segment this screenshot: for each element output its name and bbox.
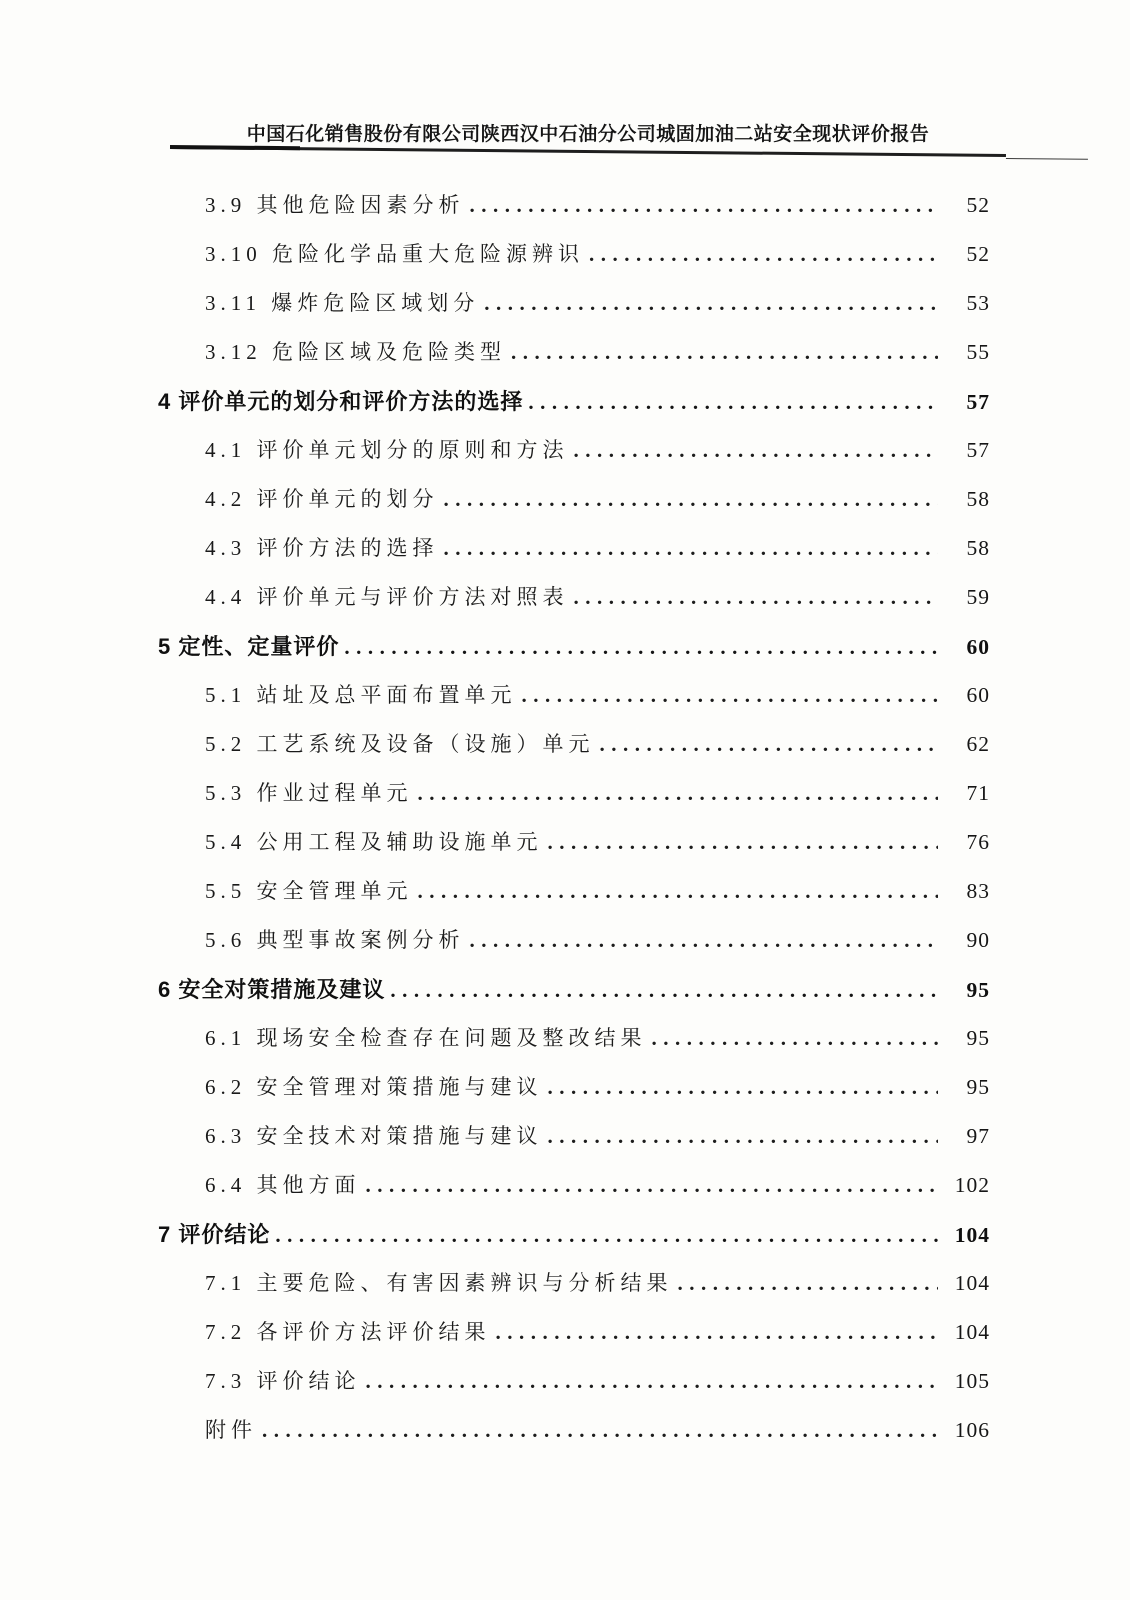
toc-entry: 3.12 危险区域及危险类型 55	[158, 328, 990, 377]
toc-page-number: 104	[946, 1259, 990, 1308]
toc-page-number: 104	[946, 1211, 990, 1259]
toc-dot-leader	[574, 426, 939, 475]
header-rule	[170, 146, 1006, 157]
toc-dot-leader	[418, 769, 939, 818]
toc-page-number: 60	[946, 623, 990, 671]
toc-page-number: 76	[946, 818, 990, 867]
toc-dot-leader	[548, 1112, 939, 1161]
toc-entry-label: 4.2 评价单元的划分	[205, 475, 439, 524]
toc-page-number: 58	[946, 524, 990, 573]
toc-entry-label: 5.2 工艺系统及设备（设施）单元	[205, 720, 595, 769]
toc-entry: 7.1 主要危险、有害因素辨识与分析结果 104	[158, 1259, 990, 1308]
toc-page-number: 95	[946, 1014, 990, 1063]
toc-entry-label: 6.3 安全技术对策措施与建议	[205, 1112, 543, 1161]
toc-dot-leader	[511, 328, 938, 377]
toc-entry-label: 7 评价结论	[158, 1210, 270, 1259]
toc-entry: 5.5 安全管理单元 83	[158, 867, 990, 916]
toc-entry: 4.3 评价方法的选择 58	[158, 524, 990, 573]
toc-entry: 7.3 评价结论 105	[158, 1357, 990, 1406]
toc-page-number: 90	[946, 916, 990, 965]
toc-page-number: 105	[946, 1357, 990, 1406]
toc-dot-leader	[470, 916, 939, 965]
toc-entry-label: 4.4 评价单元与评价方法对照表	[205, 573, 569, 622]
toc-entry: 6 安全对策措施及建议 95	[158, 965, 990, 1014]
toc-page-number: 53	[946, 279, 990, 328]
toc-dot-leader	[528, 378, 938, 426]
toc-page-number: 57	[946, 426, 990, 475]
toc-entry-label: 5.1 站址及总平面布置单元	[205, 671, 517, 720]
toc-entry: 5.3 作业过程单元 71	[158, 769, 990, 818]
toc-page-number: 71	[946, 769, 990, 818]
toc-entry: 5.4 公用工程及辅助设施单元 76	[158, 818, 990, 867]
toc-entry-label: 附件	[205, 1406, 257, 1455]
toc-dot-leader	[444, 475, 939, 524]
toc-entry: 4.1 评价单元划分的原则和方法 57	[158, 426, 990, 475]
toc-dot-leader	[600, 720, 939, 769]
toc-dot-leader	[652, 1014, 939, 1063]
toc-page-number: 60	[946, 671, 990, 720]
toc-entry: 6.3 安全技术对策措施与建议 97	[158, 1112, 990, 1161]
report-title: 中国石化销售股份有限公司陕西汉中石油分公司城固加油二站安全现状评价报告	[170, 119, 1006, 146]
toc-entry: 4.4 评价单元与评价方法对照表 59	[158, 573, 990, 622]
toc-page-number: 95	[946, 966, 990, 1014]
toc-entry-label: 3.11 爆炸危险区域划分	[205, 279, 479, 328]
toc-dot-leader	[522, 671, 939, 720]
toc-entry: 7.2 各评价方法评价结果 104	[158, 1308, 990, 1357]
toc-entry-label: 5.6 典型事故案例分析	[205, 916, 465, 965]
table-of-contents: 3.9 其他危险因素分析 52 3.10 危险化学品重大危险源辨识 52 3.1…	[158, 181, 990, 1455]
toc-page-number: 52	[946, 230, 990, 279]
toc-page-number: 62	[946, 720, 990, 769]
toc-dot-leader	[366, 1161, 939, 1210]
toc-entry-label: 3.12 危险区域及危险类型	[205, 328, 506, 377]
toc-entry-label: 5 定性、定量评价	[158, 622, 339, 671]
toc-entry: 5.2 工艺系统及设备（设施）单元 62	[158, 720, 990, 769]
toc-entry-label: 6.1 现场安全检查存在问题及整改结果	[205, 1014, 647, 1063]
toc-entry: 5.6 典型事故案例分析 90	[158, 916, 990, 965]
toc-page-number: 104	[946, 1308, 990, 1357]
toc-entry: 6.1 现场安全检查存在问题及整改结果 95	[158, 1014, 990, 1063]
toc-entry-label: 7.3 评价结论	[205, 1357, 361, 1406]
toc-page-number: 97	[946, 1112, 990, 1161]
toc-entry-label: 5.5 安全管理单元	[205, 867, 413, 916]
toc-entry: 4.2 评价单元的划分 58	[158, 475, 990, 524]
toc-entry-label: 4.1 评价单元划分的原则和方法	[205, 426, 569, 475]
toc-entry: 5.1 站址及总平面布置单元 60	[158, 671, 990, 720]
toc-dot-leader	[275, 1211, 938, 1259]
toc-dot-leader	[470, 181, 939, 230]
toc-page-number: 57	[946, 378, 990, 426]
toc-entry: 3.10 危险化学品重大危险源辨识 52	[158, 230, 990, 279]
toc-entry-label: 5.4 公用工程及辅助设施单元	[205, 818, 543, 867]
toc-dot-leader	[548, 818, 939, 867]
toc-entry: 4 评价单元的划分和评价方法的选择 57	[158, 377, 990, 426]
toc-entry-label: 3.10 危险化学品重大危险源辨识	[205, 230, 584, 279]
toc-entry: 5 定性、定量评价 60	[158, 622, 990, 671]
toc-dot-leader	[390, 966, 938, 1014]
toc-entry: 7 评价结论 104	[158, 1210, 990, 1259]
toc-page-number: 58	[946, 475, 990, 524]
toc-entry-label: 6.2 安全管理对策措施与建议	[205, 1063, 543, 1112]
toc-dot-leader	[444, 524, 939, 573]
toc-entry-label: 6 安全对策措施及建议	[158, 965, 385, 1014]
toc-entry-label: 4.3 评价方法的选择	[205, 524, 439, 573]
toc-entry-label: 7.1 主要危险、有害因素辨识与分析结果	[205, 1259, 673, 1308]
toc-entry: 3.11 爆炸危险区域划分 53	[158, 279, 990, 328]
toc-dot-leader	[589, 230, 938, 279]
toc-dot-leader	[418, 867, 939, 916]
toc-entry: 6.4 其他方面 102	[158, 1161, 990, 1210]
toc-entry-label: 4 评价单元的划分和评价方法的选择	[158, 377, 523, 426]
toc-entry: 3.9 其他危险因素分析 52	[158, 181, 990, 230]
toc-dot-leader	[484, 279, 938, 328]
toc-entry: 附件 106	[158, 1406, 990, 1455]
toc-dot-leader	[548, 1063, 939, 1112]
toc-page-number: 106	[946, 1406, 990, 1455]
toc-entry-label: 5.3 作业过程单元	[205, 769, 413, 818]
toc-dot-leader	[678, 1259, 939, 1308]
toc-dot-leader	[344, 623, 938, 671]
toc-entry-label: 3.9 其他危险因素分析	[205, 181, 465, 230]
toc-dot-leader	[574, 573, 939, 622]
toc-page-number: 59	[946, 573, 990, 622]
toc-page-number: 83	[946, 867, 990, 916]
toc-entry: 6.2 安全管理对策措施与建议 95	[158, 1063, 990, 1112]
toc-page-number: 102	[946, 1161, 990, 1210]
toc-entry-label: 6.4 其他方面	[205, 1161, 361, 1210]
toc-entry-label: 7.2 各评价方法评价结果	[205, 1308, 491, 1357]
toc-dot-leader	[366, 1357, 939, 1406]
toc-page-number: 55	[946, 328, 990, 377]
toc-dot-leader	[496, 1308, 939, 1357]
toc-page-number: 52	[946, 181, 990, 230]
toc-page-number: 95	[946, 1063, 990, 1112]
toc-dot-leader	[262, 1406, 938, 1455]
